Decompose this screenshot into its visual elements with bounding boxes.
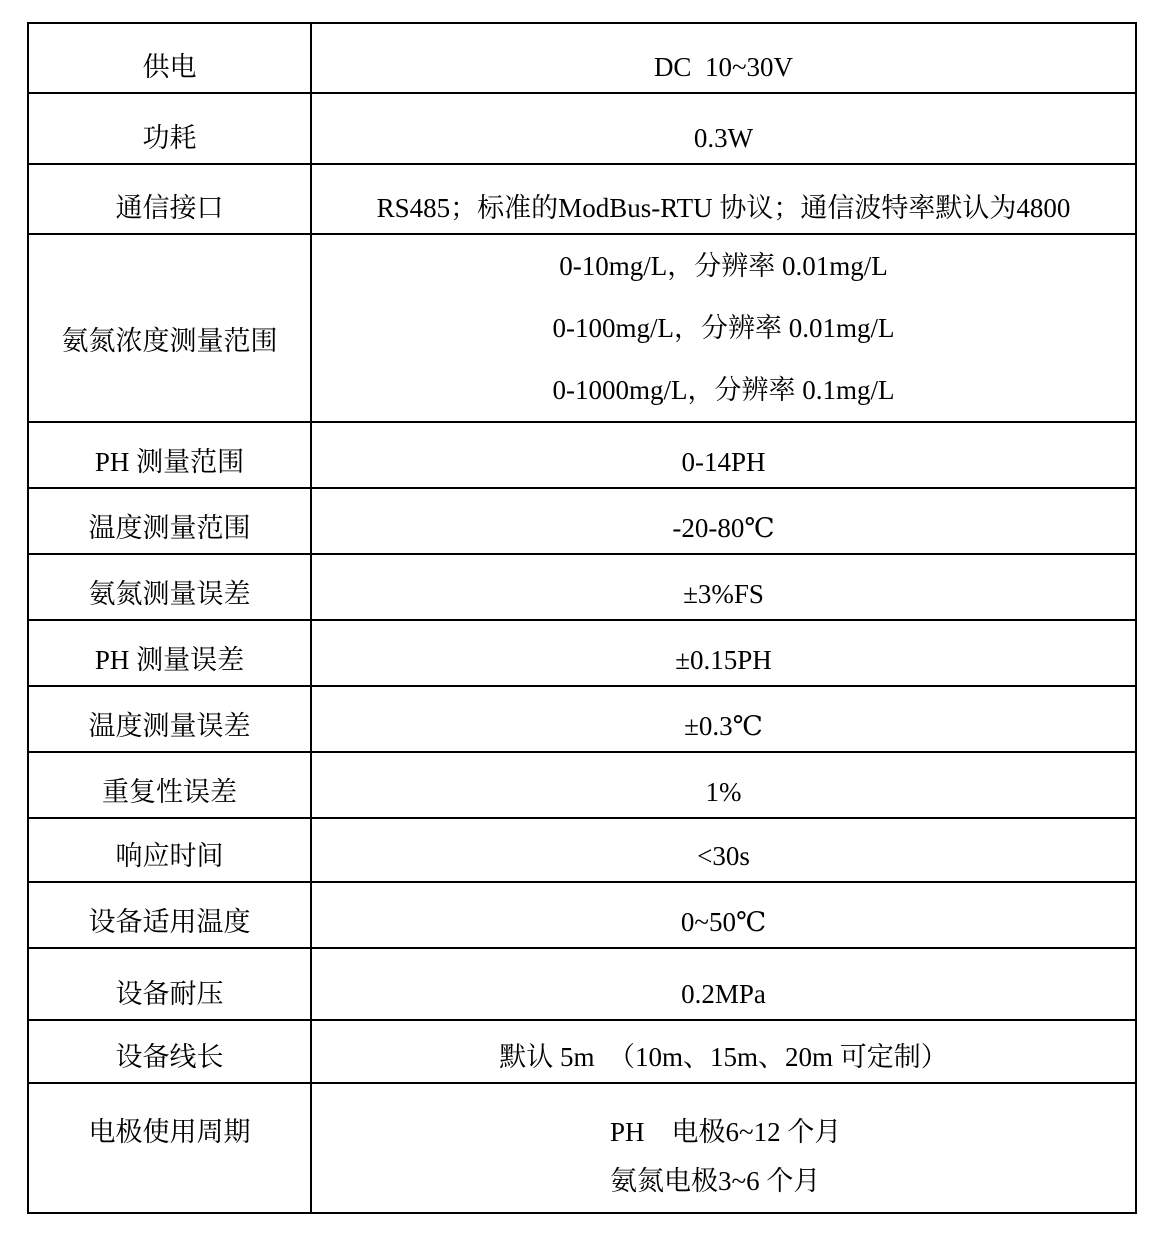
- spec-label-text: 电极使用周期: [33, 1108, 306, 1157]
- spec-label-text: 温度测量误差: [33, 710, 306, 743]
- spec-value: ±0.3℃: [311, 686, 1136, 752]
- spec-value-line: 1%: [316, 776, 1131, 809]
- table-row: 重复性误差 1%: [28, 752, 1136, 818]
- spec-value: <30s: [311, 818, 1136, 882]
- spec-value: 0~50℃: [311, 882, 1136, 948]
- spec-table: 供电 DC 10~30V 功耗 0.3W 通信接口 RS485；标准的ModBu…: [27, 22, 1137, 1214]
- spec-label: 设备线长: [28, 1020, 311, 1083]
- spec-value-line: RS485；标准的ModBus-RTU 协议；通信波特率默认为4800: [316, 192, 1131, 225]
- spec-value-line: ±3%FS: [316, 578, 1131, 611]
- spec-value: 0.2MPa: [311, 948, 1136, 1020]
- spec-value-line: ±0.15PH: [316, 644, 1131, 677]
- table-row: PH 测量误差 ±0.15PH: [28, 620, 1136, 686]
- table-row: 通信接口 RS485；标准的ModBus-RTU 协议；通信波特率默认为4800: [28, 164, 1136, 234]
- spec-value: DC 10~30V: [311, 23, 1136, 93]
- spec-label: 设备耐压: [28, 948, 311, 1020]
- spec-value-line: DC 10~30V: [316, 51, 1131, 84]
- spec-label-text: 通信接口: [33, 192, 306, 225]
- spec-label: 通信接口: [28, 164, 311, 234]
- spec-label-text: 供电: [33, 51, 306, 84]
- spec-label: 供电: [28, 23, 311, 93]
- table-row: 设备耐压 0.2MPa: [28, 948, 1136, 1020]
- spec-value-line: 默认 5m （10m、15m、20m 可定制）: [316, 1041, 1131, 1074]
- spec-value-line: 0.3W: [316, 122, 1131, 155]
- spec-label-text: 设备耐压: [33, 978, 306, 1011]
- spec-label: 响应时间: [28, 818, 311, 882]
- table-row: 功耗 0.3W: [28, 93, 1136, 164]
- spec-value: RS485；标准的ModBus-RTU 协议；通信波特率默认为4800: [311, 164, 1136, 234]
- spec-value: -20-80℃: [311, 488, 1136, 554]
- spec-value-line: 0.2MPa: [316, 978, 1131, 1011]
- spec-label: 重复性误差: [28, 752, 311, 818]
- spec-label: 电极使用周期: [28, 1083, 311, 1213]
- table-row: 氨氮测量误差 ±3%FS: [28, 554, 1136, 620]
- spec-label-text: 重复性误差: [33, 776, 306, 809]
- spec-value-line: 0~50℃: [316, 906, 1131, 939]
- spec-value-line: 0-14PH: [316, 446, 1131, 479]
- spec-label: 氨氮测量误差: [28, 554, 311, 620]
- spec-label-text: 氨氮测量误差: [33, 578, 306, 611]
- table-row: 设备线长 默认 5m （10m、15m、20m 可定制）: [28, 1020, 1136, 1083]
- spec-label: PH 测量误差: [28, 620, 311, 686]
- table-row: 电极使用周期 PH 电极6~12 个月 氨氮电极3~6 个月: [28, 1083, 1136, 1213]
- table-row: 温度测量误差 ±0.3℃: [28, 686, 1136, 752]
- spec-label-text: 设备线长: [33, 1041, 306, 1074]
- document-page: 供电 DC 10~30V 功耗 0.3W 通信接口 RS485；标准的ModBu…: [0, 0, 1161, 1233]
- spec-value: 1%: [311, 752, 1136, 818]
- spec-label-text: PH 测量误差: [33, 644, 306, 677]
- spec-label-text: 响应时间: [33, 840, 306, 873]
- spec-label-text: 功耗: [33, 122, 306, 155]
- spec-label-text: 氨氮浓度测量范围: [33, 310, 306, 372]
- spec-label: 温度测量范围: [28, 488, 311, 554]
- spec-label: 功耗: [28, 93, 311, 164]
- spec-label: 设备适用温度: [28, 882, 311, 948]
- table-row: 氨氮浓度测量范围 0-10mg/L，分辨率 0.01mg/L 0-100mg/L…: [28, 234, 1136, 422]
- spec-value: ±3%FS: [311, 554, 1136, 620]
- spec-value-line: 0-1000mg/L，分辨率 0.1mg/L: [312, 359, 1135, 421]
- spec-label-text: PH 测量范围: [33, 446, 306, 479]
- spec-value-line: ±0.3℃: [316, 710, 1131, 743]
- spec-value-line: 氨氮电极3~6 个月: [610, 1157, 1135, 1206]
- spec-value-line: -20-80℃: [316, 512, 1131, 545]
- spec-value: PH 电极6~12 个月 氨氮电极3~6 个月: [311, 1083, 1136, 1213]
- spec-label: 温度测量误差: [28, 686, 311, 752]
- spec-label: PH 测量范围: [28, 422, 311, 488]
- spec-value: 默认 5m （10m、15m、20m 可定制）: [311, 1020, 1136, 1083]
- spec-label: 氨氮浓度测量范围: [28, 234, 311, 422]
- spec-label-text: 设备适用温度: [33, 906, 306, 939]
- table-row: 温度测量范围 -20-80℃: [28, 488, 1136, 554]
- spec-value-line: PH 电极6~12 个月: [610, 1108, 1135, 1157]
- table-row: 供电 DC 10~30V: [28, 23, 1136, 93]
- spec-value: 0.3W: [311, 93, 1136, 164]
- spec-value: 0-10mg/L，分辨率 0.01mg/L 0-100mg/L，分辨率 0.01…: [311, 234, 1136, 422]
- spec-value: ±0.15PH: [311, 620, 1136, 686]
- spec-value-line: 0-10mg/L，分辨率 0.01mg/L: [312, 235, 1135, 297]
- table-row: 设备适用温度 0~50℃: [28, 882, 1136, 948]
- table-row: PH 测量范围 0-14PH: [28, 422, 1136, 488]
- spec-value-line: 0-100mg/L，分辨率 0.01mg/L: [312, 297, 1135, 359]
- spec-value: 0-14PH: [311, 422, 1136, 488]
- spec-label-text: 温度测量范围: [33, 512, 306, 545]
- table-row: 响应时间 <30s: [28, 818, 1136, 882]
- spec-value-line: <30s: [316, 840, 1131, 873]
